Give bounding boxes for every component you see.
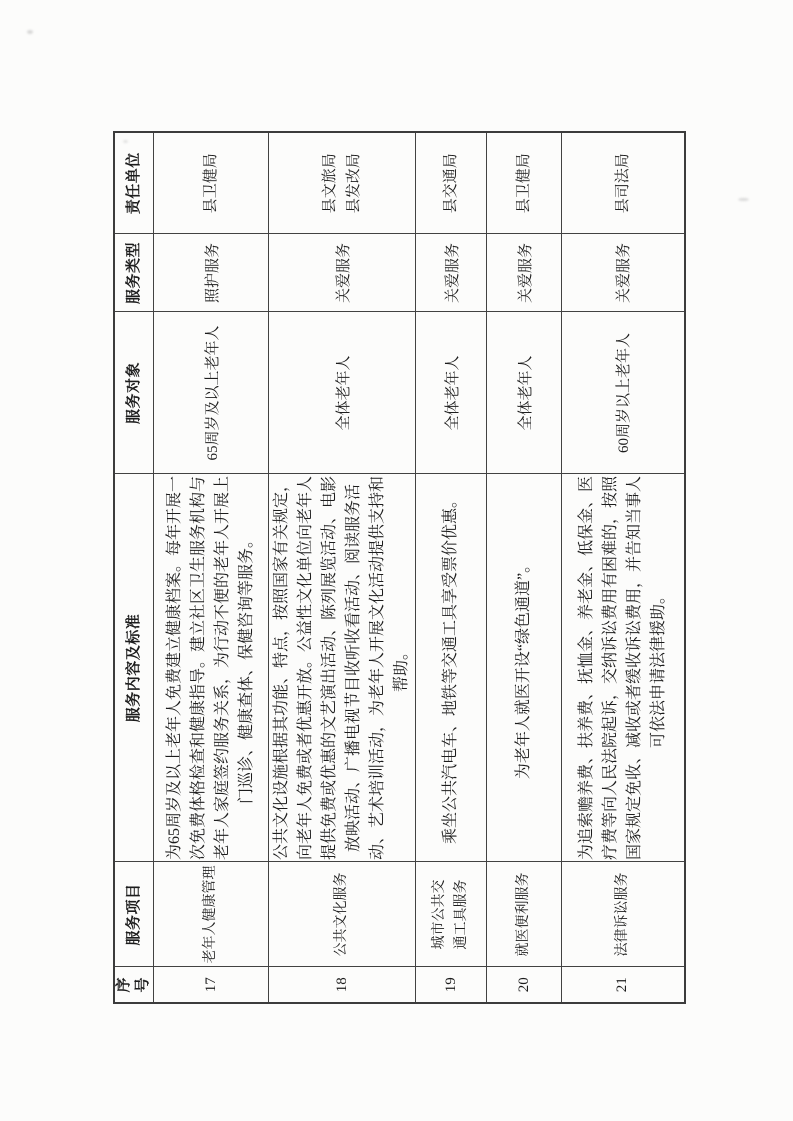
row-17-target: 65周岁及以上老年人 [154,312,269,474]
row-21-serial: 21 [562,967,685,1003]
row-18-serial: 18 [269,967,416,1003]
header-content: 服务内容及标准 [114,474,154,862]
header-unit: 责任单位 [114,132,154,234]
row-19-serial: 19 [416,967,487,1003]
scan-artifact [128,201,132,204]
header-project: 服务项目 [114,862,154,967]
row-21-target: 60周岁以上老年人 [562,312,685,474]
row-19-project: 城市公共交 通工具服务 [416,862,487,967]
header-target: 服务对象 [114,312,154,474]
row-20-target: 全体老年人 [487,312,562,474]
row-17-unit: 县卫健局 [154,132,269,234]
header-type: 服务类型 [114,234,154,312]
row-20-serial: 20 [487,967,562,1003]
row-21-type: 关爱服务 [562,234,685,312]
row-21-unit: 县司法局 [562,132,685,234]
row-21-content: 为追索赡养费、扶养费、抚恤金、养老金、低保金、医疗费等向人民法院起诉，交纳诉讼费… [562,474,685,862]
row-17-project: 老年人健康管理 [154,862,269,967]
header-row: 序 号 服务项目 服务内容及标准 服务对象 服务类型 责任单位 [114,132,154,1003]
scan-artifact [27,30,33,34]
row-21-project: 法律诉讼服务 [562,862,685,967]
table-row-18: 18 公共文化服务 公共文化设施根据其功能、特点，按照国家有关规定，向老年人免费… [269,132,416,1003]
table-row-21: 21 法律诉讼服务 为追索赡养费、扶养费、抚恤金、养老金、低保金、医疗费等向人民… [562,132,685,1003]
row-18-unit: 县文旅局 县发改局 [269,132,416,234]
row-20-content: 为老年人就医开设“绿色通道”。 [487,474,562,862]
row-19-unit: 县交通局 [416,132,487,234]
row-19-type: 关爱服务 [416,234,487,312]
rotated-table-container: 序 号 服务项目 服务内容及标准 服务对象 服务类型 责任单位 17 老年人健康… [113,133,682,1004]
scanned-page: 序 号 服务项目 服务内容及标准 服务对象 服务类型 责任单位 17 老年人健康… [0,0,793,1121]
row-20-unit: 县卫健局 [487,132,562,234]
row-19-content: 乘坐公共汽电车、地铁等交通工具享受票价优惠。 [416,474,487,862]
row-18-type: 关爱服务 [269,234,416,312]
table-row-19: 19 城市公共交 通工具服务 乘坐公共汽电车、地铁等交通工具享受票价优惠。 全体… [416,132,487,1003]
row-18-target: 全体老年人 [269,312,416,474]
row-17-type: 照护服务 [154,234,269,312]
scan-artifact [738,198,749,201]
table-row-20: 20 就医便利服务 为老年人就医开设“绿色通道”。 全体老年人 关爱服务 县卫健… [487,132,562,1003]
row-17-serial: 17 [154,967,269,1003]
scan-artifact [123,140,128,143]
row-18-project: 公共文化服务 [269,862,416,967]
row-20-type: 关爱服务 [487,234,562,312]
row-18-content: 公共文化设施根据其功能、特点，按照国家有关规定，向老年人免费或者优惠开放。公益性… [269,474,416,862]
service-table: 序 号 服务项目 服务内容及标准 服务对象 服务类型 责任单位 17 老年人健康… [113,131,686,1004]
row-19-target: 全体老年人 [416,312,487,474]
row-17-content: 为65周岁及以上老年人免费建立健康档案。每年开展一次免费体格检查和健康指导。建立… [154,474,269,862]
table-row-17: 17 老年人健康管理 为65周岁及以上老年人免费建立健康档案。每年开展一次免费体… [154,132,269,1003]
row-20-project: 就医便利服务 [487,862,562,967]
header-serial: 序 号 [114,967,154,1003]
